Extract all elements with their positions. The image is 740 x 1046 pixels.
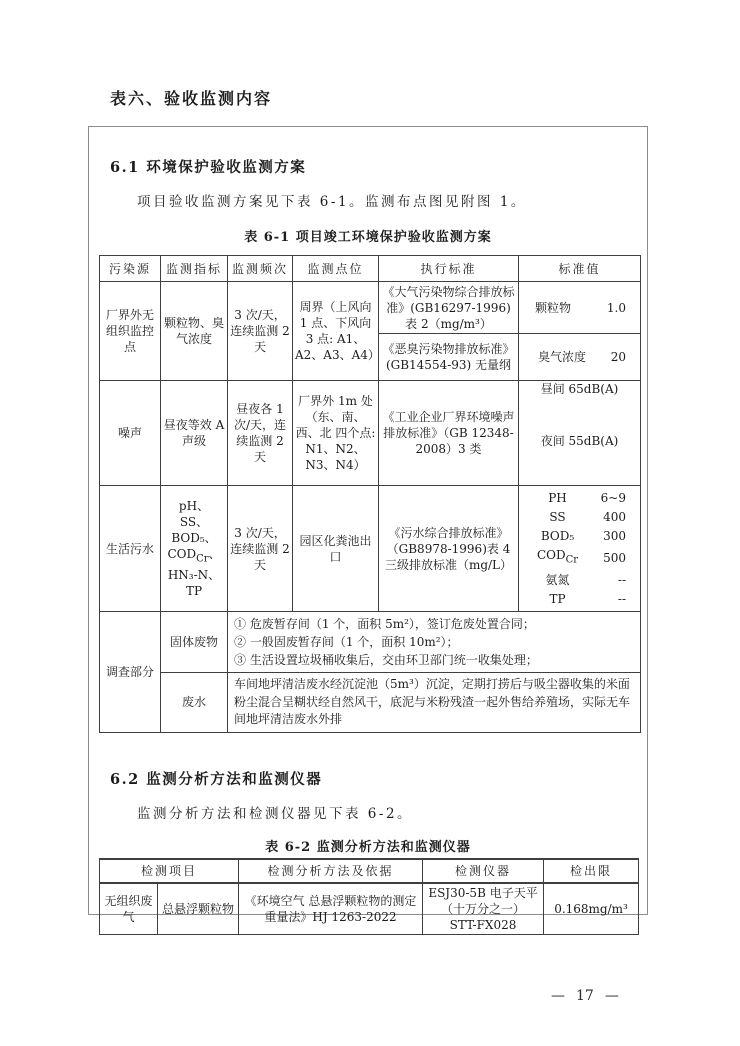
t62-item: 总悬浮颗粒物 (158, 883, 239, 935)
t62-header-item: 检测项目 (100, 859, 239, 883)
table-6-2: 检测项目 检测分析方法及依据 检测仪器 检出限 无组织废气 总悬浮颗粒物 《环境… (99, 858, 639, 935)
std-value: 400 (594, 509, 638, 525)
solid-line-2: ② 一般固废暂存间（1 个，面积 10m²）； (234, 633, 632, 651)
document-page: 表六、验收监测内容 6.1 环境保护验收监测方案 项目验收监测方案见下表 6-1… (0, 0, 740, 1046)
solid-line-3: ③ 生活设置垃圾桶收集后，交由环卫部门统一收集处理； (234, 651, 632, 669)
t61-noise-location: 厂界外 1m 处（东、南、西、北 四个点: N1、N2、N3、N4） (293, 381, 379, 486)
t62-header-method: 检测分析方法及依据 (239, 859, 423, 883)
section-6-2-heading: 6.2 监测分析方法和监测仪器 (110, 768, 647, 789)
waste-text: 车间地坪清洁废水经沉淀池（5m³）沉淀，定期打捞后与吸尘器收集的米面粉尘混合呈糊… (234, 676, 632, 729)
std-odor-param: 臭气浓度 (535, 349, 589, 365)
footer-number: 17 (576, 988, 594, 1004)
page-title: 表六、验收监测内容 (110, 86, 272, 109)
t61-waste-label: 废水 (161, 673, 228, 733)
t61-sewage-standard: 《污水综合排放标准》（GB8978-1996)表 4 三级排放标准（mg/L） (379, 486, 519, 612)
std-value: 500 (594, 550, 638, 566)
t61-header-indicator: 监测指标 (161, 256, 228, 282)
t62-method: 《环境空气 总悬浮颗粒物的测定 重量法》HJ 1263-2022 (239, 883, 423, 935)
page-number: — 17 — (551, 988, 619, 1004)
t61-header-frequency: 监测频次 (228, 256, 293, 282)
table-6-1: 污染源 监测指标 监测频次 监测点位 执行标准 标准值 厂界外无组织监控点 颗粒… (99, 255, 641, 733)
t61-air-source: 厂界外无组织监控点 (100, 282, 161, 381)
t61-sewage-std: PH 6~9 SS 400 BOD₅ 300 (519, 486, 641, 612)
t61-air-std-particulate: 颗粒物 1.0 (519, 282, 641, 334)
t61-noise-indicator: 昼夜等效 A 声级 (161, 381, 228, 486)
t61-air-std-odor: 臭气浓度 20 (519, 334, 641, 381)
content-box: 6.1 环境保护验收监测方案 项目验收监测方案见下表 6-1。监测布点图见附图 … (88, 126, 648, 915)
std-param: CODCr (521, 547, 594, 568)
t61-survey-source: 调查部分 (100, 612, 161, 733)
t61-solid-label: 固体废物 (161, 612, 228, 673)
t61-row-solid-waste: 调查部分 固体废物 ① 危废暂存间（1 个，面积 5m²），签订危废处置合同； … (100, 612, 641, 673)
t61-row-sewage: 生活污水 pH、SS、BOD₅、CODCr、HN₃-N、TP 3 次/天，连续监… (100, 486, 641, 612)
t61-solid-detail: ① 危废暂存间（1 个，面积 5m²），签订危废处置合同； ② 一般固废暂存间（… (228, 612, 641, 673)
std-param: TP (521, 591, 594, 607)
sewage-std-row: PH 6~9 (521, 490, 638, 506)
footer-right-dash: — (605, 988, 619, 1004)
t61-row-air-1: 厂界外无组织监控点 颗粒物、臭气浓度 3 次/天，连续监测 2 天 周界（上风向… (100, 282, 641, 334)
sewage-std-row: SS 400 (521, 509, 638, 525)
t61-header-standard: 执行标准 (379, 256, 519, 282)
t61-header-row: 污染源 监测指标 监测频次 监测点位 执行标准 标准值 (100, 256, 641, 282)
section-6-1-heading: 6.1 环境保护验收监测方案 (110, 156, 647, 177)
t61-sewage-source: 生活污水 (100, 486, 161, 612)
std-particulate-param: 颗粒物 (535, 300, 571, 316)
solid-line-1: ① 危废暂存间（1 个，面积 5m²），签订危废处置合同； (234, 615, 632, 633)
t61-sewage-location: 园区化粪池出口 (293, 486, 379, 612)
sewage-std-row: 氨氮 -- (521, 572, 638, 588)
t61-header-location: 监测点位 (293, 256, 379, 282)
t61-sewage-frequency: 3 次/天，连续监测 2 天 (228, 486, 293, 612)
table-6-2-caption: 表 6-2 监测分析方法和监测仪器 (89, 836, 647, 855)
std-param: BOD₅ (521, 528, 594, 544)
std-value: 6~9 (594, 490, 638, 506)
t61-header-std-value: 标准值 (519, 256, 641, 282)
t62-detection-limit: 0.168mg/m³ (544, 883, 639, 935)
t62-data-row: 无组织废气 总悬浮颗粒物 《环境空气 总悬浮颗粒物的测定 重量法》HJ 1263… (100, 883, 639, 935)
table-6-1-caption: 表 6-1 项目竣工环境保护验收监测方案 (89, 226, 647, 245)
t61-header-source: 污染源 (100, 256, 161, 282)
t61-waste-detail: 车间地坪清洁废水经沉淀池（5m³）沉淀，定期打捞后与吸尘器收集的米面粉尘混合呈糊… (228, 673, 641, 733)
t61-air-standard-1: 《大气污染物综合排放标准》(GB16297-1996)表 2（mg/m³） (379, 282, 519, 334)
sewage-std-row: TP -- (521, 591, 638, 607)
t62-instrument: ESJ30-5B 电子天平（十万分之一）STT-FX028 (423, 883, 544, 935)
noise-std-day: 昼间 65dB(A) (521, 381, 638, 397)
t61-noise-std: 昼间 65dB(A) 夜间 55dB(A) (519, 381, 641, 486)
t61-air-location: 周界（上风向 1 点、下风向 3 点: A1、A2、A3、A4） (293, 282, 379, 381)
t61-row-noise: 噪声 昼夜等效 A 声级 昼夜各 1 次/天，连续监测 2 天 厂界外 1m 处… (100, 381, 641, 486)
std-value: -- (594, 591, 638, 607)
t61-row-wastewater: 废水 车间地坪清洁废水经沉淀池（5m³）沉淀，定期打捞后与吸尘器收集的米面粉尘混… (100, 673, 641, 733)
std-particulate-value: 1.0 (607, 300, 626, 316)
t62-category: 无组织废气 (100, 883, 158, 935)
std-param: SS (521, 509, 594, 525)
std-odor-value: 20 (611, 349, 626, 365)
t61-sewage-indicator: pH、SS、BOD₅、CODCr、HN₃-N、TP (161, 486, 228, 612)
t61-noise-standard: 《工业企业厂界环境噪声排放标准》（GB 12348-2008）3 类 (379, 381, 519, 486)
footer-left-dash: — (551, 988, 565, 1004)
sewage-std-row: BOD₅ 300 (521, 528, 638, 544)
t61-air-standard-2: 《恶臭污染物排放标准》(GB14554-93) 无量纲 (379, 334, 519, 381)
section-6-2-paragraph: 监测分析方法和检测仪器见下表 6-2。 (110, 804, 621, 825)
t62-header-instrument: 检测仪器 (423, 859, 544, 883)
t62-header-limit: 检出限 (544, 859, 639, 883)
t61-noise-frequency: 昼夜各 1 次/天，连续监测 2 天 (228, 381, 293, 486)
std-param: 氨氮 (521, 572, 594, 588)
section-6-1-paragraph: 项目验收监测方案见下表 6-1。监测布点图见附图 1。 (110, 192, 621, 213)
t61-air-indicator: 颗粒物、臭气浓度 (161, 282, 228, 381)
t61-air-frequency: 3 次/天，连续监测 2 天 (228, 282, 293, 381)
std-param: PH (521, 490, 594, 506)
std-value: 300 (594, 528, 638, 544)
std-value: -- (594, 572, 638, 588)
noise-std-night: 夜间 55dB(A) (521, 433, 638, 449)
t61-noise-source: 噪声 (100, 381, 161, 486)
sewage-std-row: CODCr 500 (521, 547, 638, 568)
t62-header-row: 检测项目 检测分析方法及依据 检测仪器 检出限 (100, 859, 639, 883)
